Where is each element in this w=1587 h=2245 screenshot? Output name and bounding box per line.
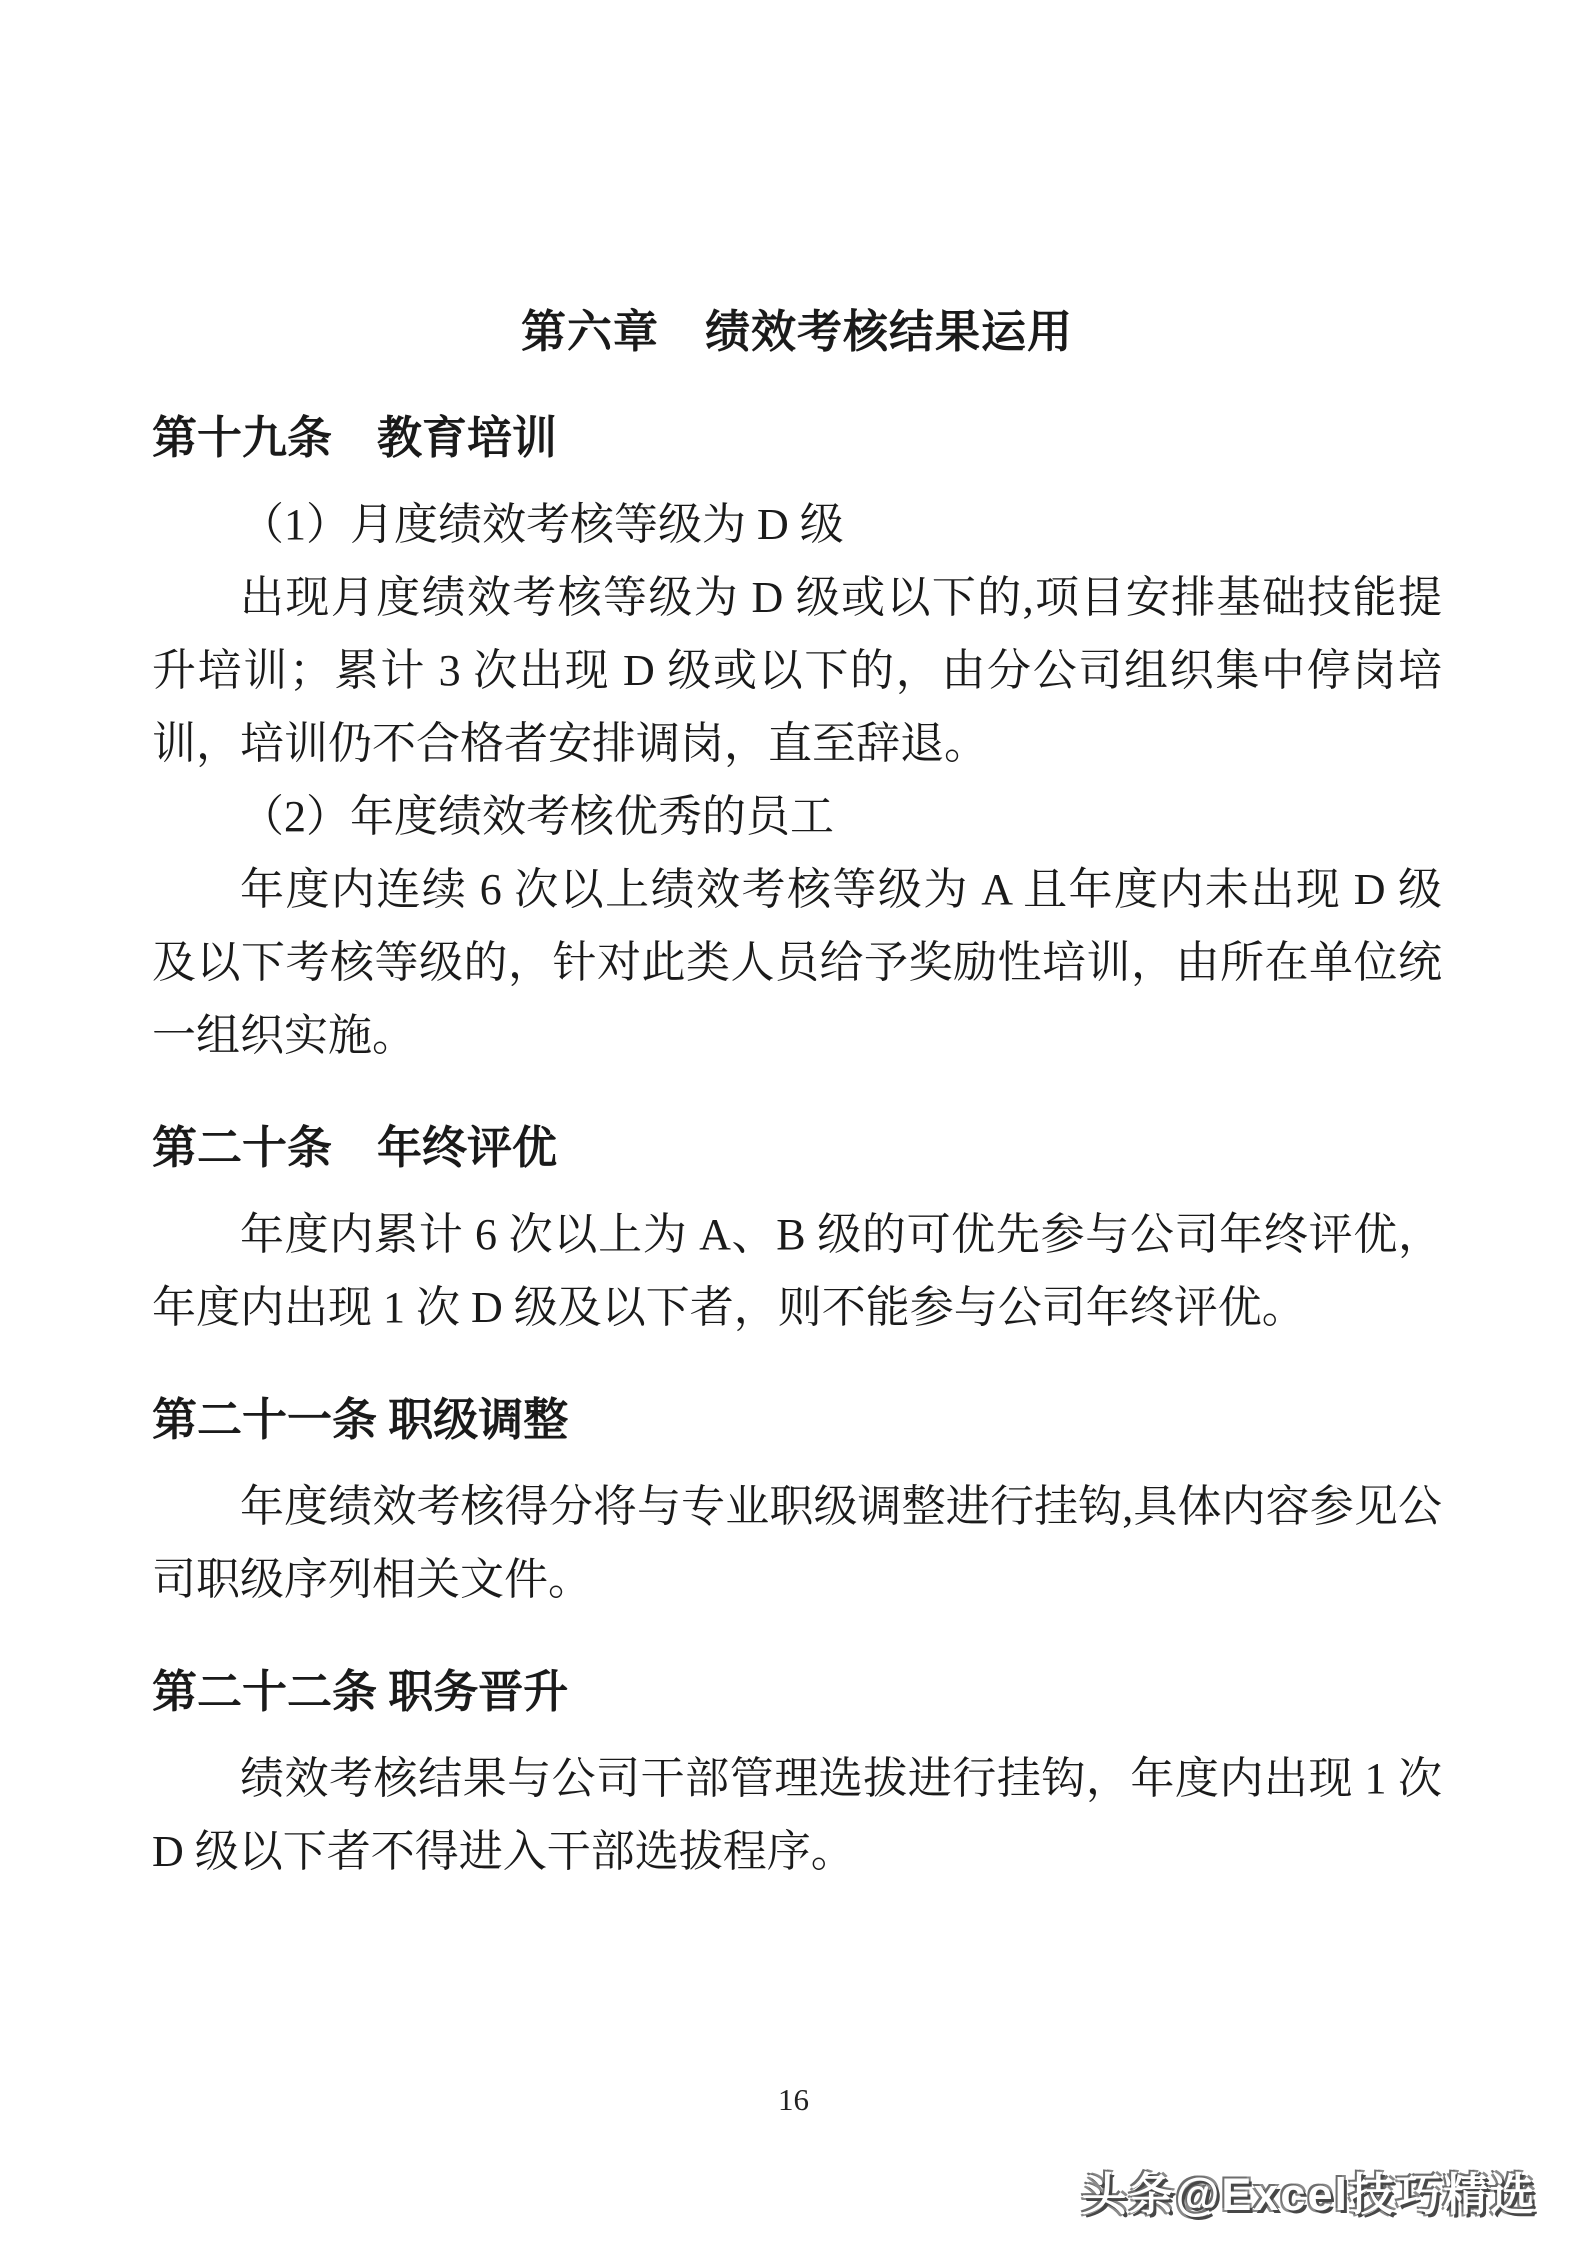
page-number: 16 [0, 2082, 1587, 2118]
paragraph: 年度内连续 6 次以上绩效考核等级为 A 且年度内未出现 D 级及以下考核等级的… [152, 853, 1442, 1072]
document-page: 第六章 绩效考核结果运用 第十九条 教育培训 （1）月度绩效考核等级为 D 级 … [0, 0, 1587, 2245]
watermark-badge: 头条@Excel技巧精选 [1082, 2158, 1537, 2223]
paragraph: 出现月度绩效考核等级为 D 级或以下的,项目安排基础技能提升培训；累计 3 次出… [152, 561, 1442, 780]
paragraph: 年度绩效考核得分将与专业职级调整进行挂钩,具体内容参见公司职级序列相关文件。 [152, 1470, 1442, 1616]
paragraph: 绩效考核结果与公司干部管理选拔进行挂钩，年度内出现 1 次 D 级以下者不得进入… [152, 1742, 1442, 1888]
article-heading-22: 第二十二条 职务晋升 [152, 1662, 1442, 1722]
paragraph: 年度内累计 6 次以上为 A、B 级的可优先参与公司年终评优，年度内出现 1 次… [152, 1198, 1442, 1344]
document-body: 第六章 绩效考核结果运用 第十九条 教育培训 （1）月度绩效考核等级为 D 级 … [0, 0, 1587, 1888]
chapter-title: 第六章 绩效考核结果运用 [152, 302, 1442, 362]
article-heading-19: 第十九条 教育培训 [152, 408, 1442, 468]
article-heading-20: 第二十条 年终评优 [152, 1118, 1442, 1178]
paragraph: （1）月度绩效考核等级为 D 级 [152, 488, 1442, 561]
paragraph: （2）年度绩效考核优秀的员工 [152, 780, 1442, 853]
article-heading-21: 第二十一条 职级调整 [152, 1390, 1442, 1450]
